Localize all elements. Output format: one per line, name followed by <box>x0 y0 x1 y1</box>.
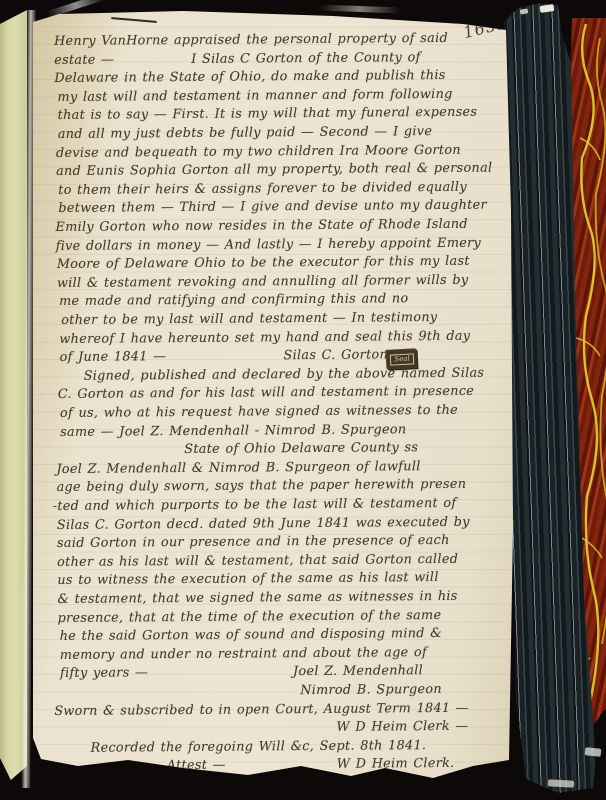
manuscript-line: my last will and testament in manner and… <box>57 87 452 105</box>
manuscript-line: Joel Z. Mendenhall <box>293 664 423 680</box>
manuscript-line: devise and bequeath to my two children I… <box>56 142 461 160</box>
photo-of-will-record-page: 1635 Henry VanHorne appraised the person… <box>0 0 606 800</box>
manuscript-line: presence, that at the time of the execut… <box>58 608 442 626</box>
manuscript-line: W D Heim Clerk — <box>336 719 468 735</box>
manuscript-line: Henry VanHorne appraised the personal pr… <box>54 31 448 49</box>
manuscript-line: Joel Z. Mendenhall & Nimrod B. Spurgeon … <box>56 459 420 477</box>
manuscript-line: fifty years — <box>60 666 148 682</box>
manuscript-line: other as his last will & testament, that… <box>57 552 458 570</box>
manuscript-line: and Eunis Sophia Gorton all my property,… <box>56 161 492 179</box>
manuscript-line: C. Gorton as and for his last will and t… <box>58 384 474 402</box>
page-edge-fleck <box>548 779 574 787</box>
manuscript-line: between them — Third — I give and devise… <box>58 198 487 216</box>
manuscript-line: of us, who at his request have signed as… <box>60 403 458 421</box>
seal-label: Seal <box>390 353 414 365</box>
manuscript-line: memory and under no restraint and about … <box>60 645 427 663</box>
manuscript-line: Silas C. Gorton decd. dated 9th June 184… <box>57 514 470 532</box>
manuscript-line: that is to say — First. It is my will th… <box>58 105 478 123</box>
manuscript-line: me made and ratifying and confirming thi… <box>59 292 408 310</box>
manuscript-line: other to be my last will and testament —… <box>61 310 437 328</box>
manuscript-line: age being duly sworn, says that the pape… <box>57 477 467 495</box>
manuscript-line: said Gorton in our presence and in the p… <box>57 533 450 551</box>
manuscript-line: m <box>297 776 310 791</box>
manuscript-line: & testament, that we signed the same as … <box>57 589 457 607</box>
manuscript-line: estate — <box>54 52 114 67</box>
manuscript-line: us to witness the execution of the same … <box>57 570 439 588</box>
manuscript-page: 1635 Henry VanHorne appraised the person… <box>33 10 513 785</box>
manuscript-line: State of Ohio Delaware County ss <box>184 440 418 457</box>
manuscript-line: he the said Gorton was of sound and disp… <box>60 626 442 644</box>
manuscript-line: Attest — <box>167 758 226 773</box>
manuscript-line: whereof I have hereunto set my hand and … <box>59 328 470 346</box>
manuscript-line: Sworn & subscribed to in open Court, Aug… <box>54 700 469 718</box>
plastic-glare <box>320 5 400 14</box>
manuscript-line: to them their heirs & assigns forever to… <box>58 180 467 198</box>
manuscript-line: -ted and which purports to be the last w… <box>53 496 457 514</box>
manuscript-line: Nimrod B. Spurgeon <box>300 682 442 698</box>
manuscript-line: Emily Gorton who now resides in the Stat… <box>55 217 468 235</box>
pen-stroke-mark <box>111 17 157 23</box>
manuscript-line: Recorded the foregoing Will &c, Sept. 8t… <box>91 738 427 756</box>
page-edge-fleck <box>585 747 602 757</box>
manuscript-line: same — Joel Z. Mendenhall - Nimrod B. Sp… <box>60 422 406 440</box>
manuscript-line: Moore of Delaware Ohio to be the executo… <box>57 254 470 272</box>
manuscript-text: Henry VanHorne appraised the personal pr… <box>33 30 519 784</box>
wax-seal-stamp: Seal <box>387 349 418 370</box>
manuscript-line: and all my just debts be fully paid — Se… <box>58 124 432 142</box>
manuscript-line: will & testament revoking and annulling … <box>57 273 469 291</box>
manuscript-line: of June 1841 — <box>59 349 166 365</box>
manuscript-line: Delaware in the State of Ohio, do make a… <box>54 68 445 86</box>
manuscript-line: Signed, published and declared by the ab… <box>84 365 485 383</box>
manuscript-line: W D Heim Clerk. <box>337 756 455 772</box>
manuscript-line: Silas C. Gorton <box>283 348 388 364</box>
manuscript-line: five dollars in money — And lastly — I h… <box>56 235 481 253</box>
manuscript-line: I Silas C Gorton of the County of <box>191 50 421 67</box>
